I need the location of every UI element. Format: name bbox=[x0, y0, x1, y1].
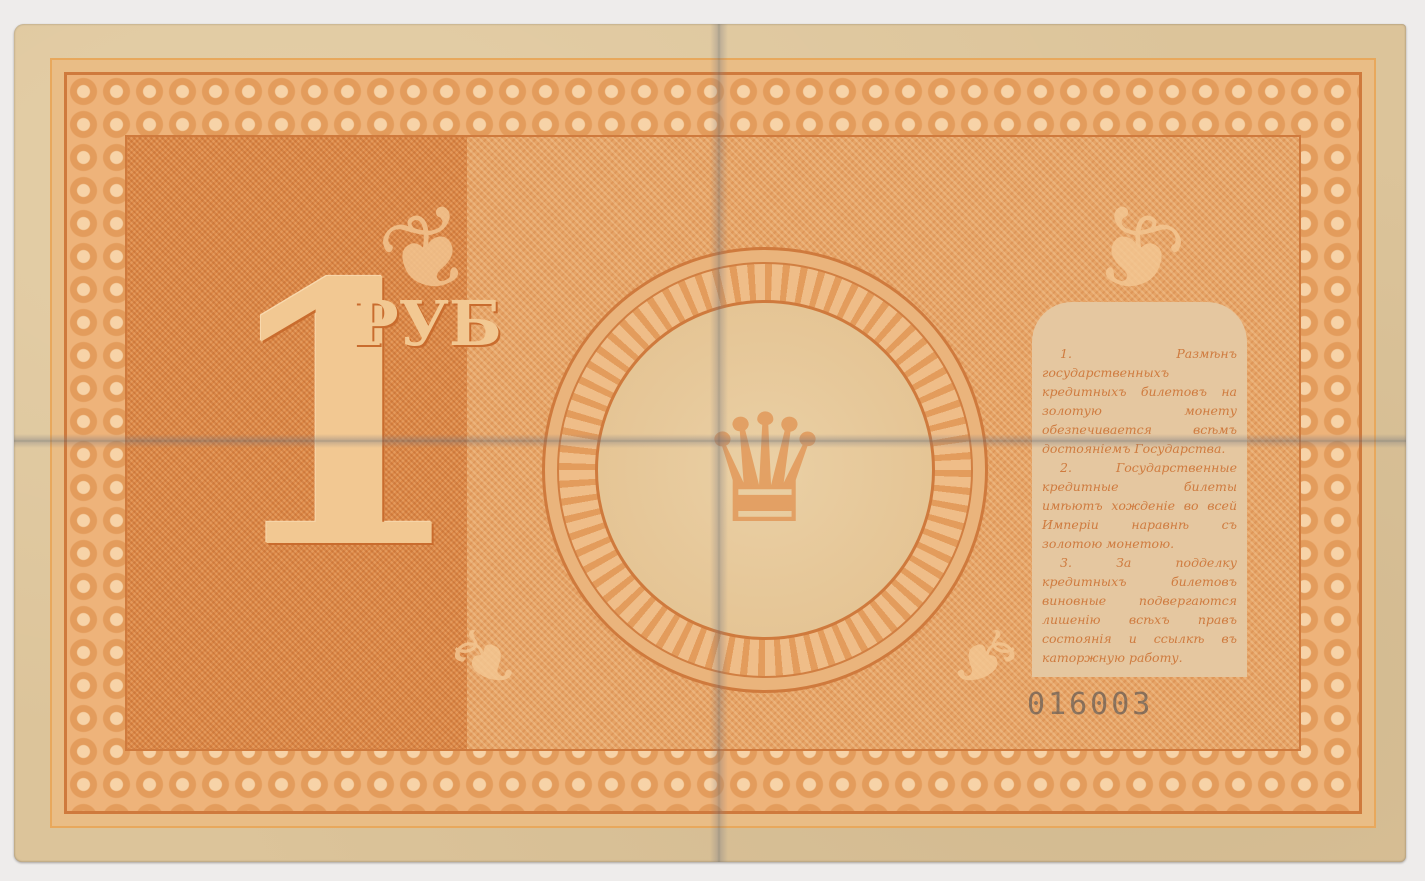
legal-paragraph-3: 3. За подделку кредитныхъ билетовъ винов… bbox=[1042, 553, 1237, 667]
vertical-fold-crease bbox=[710, 24, 728, 862]
serial-number: 016003 bbox=[1027, 687, 1257, 722]
legal-text-tablet: 1. Размѣнъ государственныхъ кредитныхъ б… bbox=[1032, 302, 1247, 677]
legal-paragraph-2: 2. Государственные кредитные билеты имѣю… bbox=[1042, 458, 1237, 553]
laurel-branch-right-icon: ❧ bbox=[926, 595, 1044, 724]
banknote: 1 РУБ ❦ ❦ ❧ ❧ ♛ 1. Размѣнъ государственн… bbox=[14, 24, 1406, 862]
medallion-center: ♛ bbox=[595, 300, 935, 640]
central-medallion: ♛ bbox=[542, 247, 988, 693]
